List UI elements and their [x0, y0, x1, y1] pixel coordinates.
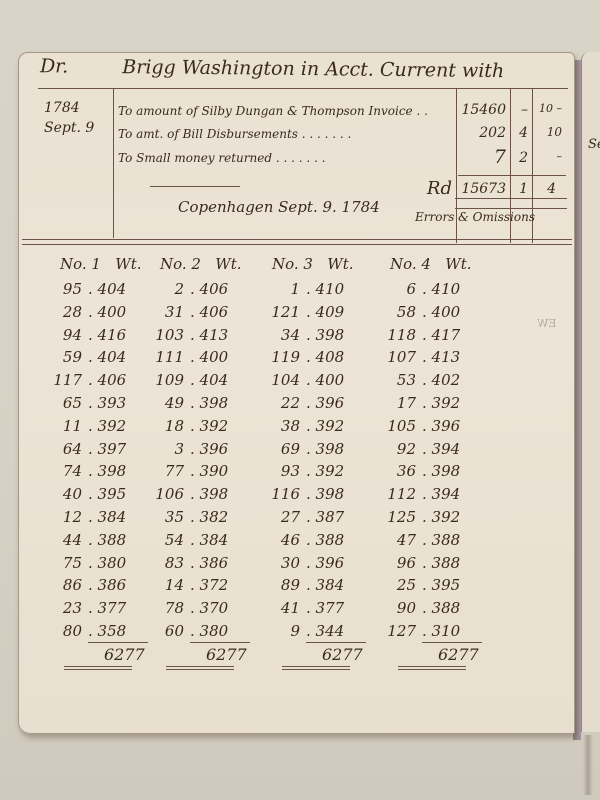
cask-number: 23 [44, 599, 82, 617]
weight-value: 409 [316, 303, 356, 321]
table-row: 116. 398 [262, 485, 356, 503]
cask-number: 118 [378, 326, 416, 344]
column-1-unit: Wt. [115, 255, 141, 273]
cask-number: 75 [44, 554, 82, 572]
column-total: 6277 [206, 645, 247, 664]
weight-value: 386 [200, 554, 240, 572]
table-row: 60. 380 [146, 622, 240, 640]
weight-value: 386 [98, 576, 138, 594]
column-total: 6277 [438, 645, 479, 664]
weight-value: 377 [316, 599, 356, 617]
weight-value: 388 [432, 599, 472, 617]
weight-value: 396 [316, 554, 356, 572]
weight-value: 310 [432, 622, 472, 640]
weight-value: 406 [200, 303, 240, 321]
column-3-header: No. 3 Wt. [272, 255, 354, 273]
table-row: 6. 410 [378, 280, 472, 298]
weight-value: 384 [316, 576, 356, 594]
weight-value: 398 [316, 485, 356, 503]
weight-value: 372 [200, 576, 240, 594]
weight-value: 392 [200, 417, 240, 435]
weight-value: 402 [432, 371, 472, 389]
weight-value: 413 [200, 326, 240, 344]
table-row: 58. 400 [378, 303, 472, 321]
column-4-label: No. 4 [390, 255, 431, 273]
table-row: 111. 400 [146, 348, 240, 366]
rule-section-1 [22, 239, 572, 240]
weight-value: 344 [316, 622, 356, 640]
total-rule-1 [166, 666, 234, 667]
column-2-label: No. 2 [160, 255, 201, 273]
cask-number: 34 [262, 326, 300, 344]
cask-number: 36 [378, 462, 416, 480]
cask-number: 95 [44, 280, 82, 298]
column-4-header: No. 4 Wt. [390, 255, 472, 273]
table-row: 12. 384 [44, 508, 138, 526]
cask-number: 35 [146, 508, 184, 526]
total-rule-2 [64, 669, 132, 670]
rule-top [38, 88, 568, 89]
total-sk: 1 [512, 181, 528, 197]
cask-number: 65 [44, 394, 82, 412]
total-rule-1 [64, 666, 132, 667]
currency-mark: Rd [418, 178, 452, 199]
cask-number: 22 [262, 394, 300, 412]
total-rule-2 [398, 669, 466, 670]
entry-line-1: To amount of Silby Dungan & Thompson Inv… [118, 104, 428, 118]
weight-value: 388 [98, 531, 138, 549]
cask-number: 38 [262, 417, 300, 435]
table-row: 25. 395 [378, 576, 472, 594]
entry-3-st: – [534, 150, 562, 163]
weight-value: 388 [432, 554, 472, 572]
weight-value: 406 [98, 371, 138, 389]
entry-line-3: To Small money returned . . . . . . . [118, 151, 325, 165]
weight-value: 398 [316, 440, 356, 458]
entry-3-sk: 2 [512, 150, 528, 166]
cask-number: 30 [262, 554, 300, 572]
weight-value: 410 [432, 280, 472, 298]
table-row: 28. 400 [44, 303, 138, 321]
table-row: 35. 382 [146, 508, 240, 526]
weight-value: 416 [98, 326, 138, 344]
table-row: 77. 390 [146, 462, 240, 480]
table-row: 38. 392 [262, 417, 356, 435]
account-title: Brigg Washington in Acct. Current with [122, 56, 504, 82]
rule-signature [150, 186, 240, 187]
table-row: 27. 387 [262, 508, 356, 526]
entry-1-rd: 15460 [458, 102, 506, 118]
weight-value: 396 [432, 417, 472, 435]
column-total: 6277 [322, 645, 363, 664]
table-row: 125. 392 [378, 508, 472, 526]
weight-value: 417 [432, 326, 472, 344]
weight-value: 390 [200, 462, 240, 480]
table-row: 90. 388 [378, 599, 472, 617]
cask-number: 44 [44, 531, 82, 549]
table-row: 34. 398 [262, 326, 356, 344]
cask-number: 127 [378, 622, 416, 640]
cask-number: 59 [44, 348, 82, 366]
sum-rule [190, 642, 250, 643]
weight-value: 393 [98, 394, 138, 412]
table-row: 1. 410 [262, 280, 356, 298]
weight-value: 392 [432, 508, 472, 526]
entry-line-2: To amt. of Bill Disbursements . . . . . … [118, 127, 351, 141]
cask-number: 31 [146, 303, 184, 321]
weight-value: 392 [432, 394, 472, 412]
weight-value: 397 [98, 440, 138, 458]
weight-value: 400 [432, 303, 472, 321]
cask-number: 94 [44, 326, 82, 344]
cask-number: 47 [378, 531, 416, 549]
cask-number: 3 [146, 440, 184, 458]
column-1-header: No. 1 Wt. [60, 255, 142, 273]
weight-value: 404 [98, 280, 138, 298]
cask-number: 92 [378, 440, 416, 458]
cask-number: 14 [146, 576, 184, 594]
weight-value: 392 [316, 417, 356, 435]
table-row: 9. 344 [262, 622, 356, 640]
cask-number: 12 [44, 508, 82, 526]
sum-rule [306, 642, 366, 643]
cask-number: 86 [44, 576, 82, 594]
cask-number: 78 [146, 599, 184, 617]
table-row: 46. 388 [262, 531, 356, 549]
entry-1-st: 10 – [534, 102, 562, 115]
cask-number: 93 [262, 462, 300, 480]
table-row: 65. 393 [44, 394, 138, 412]
weight-value: 380 [98, 554, 138, 572]
weight-value: 398 [200, 394, 240, 412]
table-row: 112. 394 [378, 485, 472, 503]
cask-number: 69 [262, 440, 300, 458]
weight-value: 398 [316, 326, 356, 344]
weight-value: 404 [98, 348, 138, 366]
sum-rule [422, 642, 482, 643]
cask-number: 41 [262, 599, 300, 617]
weight-value: 392 [98, 417, 138, 435]
weight-value: 396 [200, 440, 240, 458]
table-row: 69. 398 [262, 440, 356, 458]
weight-value: 398 [432, 462, 472, 480]
table-row: 2. 406 [146, 280, 240, 298]
column-2-unit: Wt. [215, 255, 241, 273]
rule-section-2 [22, 244, 572, 245]
table-row: 54. 384 [146, 531, 240, 549]
cask-number: 106 [146, 485, 184, 503]
cask-number: 107 [378, 348, 416, 366]
table-row: 11. 392 [44, 417, 138, 435]
entry-date: Sept. 9 [44, 120, 94, 136]
cask-number: 9 [262, 622, 300, 640]
column-1-label: No. 1 [60, 255, 101, 273]
weight-value: 384 [200, 531, 240, 549]
entry-2-sk: 4 [512, 125, 528, 141]
table-row: 118. 417 [378, 326, 472, 344]
rule-total-1 [455, 198, 567, 199]
cask-number: 77 [146, 462, 184, 480]
entry-2-st: 10 [534, 125, 562, 139]
weight-value: 384 [98, 508, 138, 526]
cask-number: 105 [378, 417, 416, 435]
total-rule-2 [282, 669, 350, 670]
cask-number: 46 [262, 531, 300, 549]
weight-value: 380 [200, 622, 240, 640]
table-row: 119. 408 [262, 348, 356, 366]
table-row: 18. 392 [146, 417, 240, 435]
weight-value: 398 [98, 462, 138, 480]
weight-value: 413 [432, 348, 472, 366]
weight-value: 382 [200, 508, 240, 526]
entry-year: 1784 [44, 100, 80, 116]
cask-number: 112 [378, 485, 416, 503]
table-row: 89. 384 [262, 576, 356, 594]
cask-number: 109 [146, 371, 184, 389]
table-row: 106. 398 [146, 485, 240, 503]
cask-number: 60 [146, 622, 184, 640]
cask-number: 121 [262, 303, 300, 321]
weight-value: 388 [432, 531, 472, 549]
weight-value: 410 [316, 280, 356, 298]
cask-number: 18 [146, 417, 184, 435]
entry-2-rd: 202 [458, 125, 506, 141]
cask-number: 17 [378, 394, 416, 412]
table-row: 30. 396 [262, 554, 356, 572]
weight-value: 394 [432, 485, 472, 503]
cask-number: 11 [44, 417, 82, 435]
weight-value: 392 [316, 462, 356, 480]
entry-1-sk: – [512, 102, 528, 118]
cask-number: 6 [378, 280, 416, 298]
rule-date-column [113, 88, 114, 238]
weight-value: 370 [200, 599, 240, 617]
cask-number: 83 [146, 554, 184, 572]
cask-number: 103 [146, 326, 184, 344]
table-row: 75. 380 [44, 554, 138, 572]
entry-3-rd: 7 [458, 146, 506, 168]
rule-subtotal [458, 175, 566, 176]
cask-number: 119 [262, 348, 300, 366]
weight-value: 394 [432, 440, 472, 458]
cask-number: 1 [262, 280, 300, 298]
weight-value: 388 [316, 531, 356, 549]
table-row: 107. 413 [378, 348, 472, 366]
table-row: 23. 377 [44, 599, 138, 617]
table-row: 49. 398 [146, 394, 240, 412]
place-date: Copenhagen Sept. 9. 1784 [178, 198, 380, 216]
next-page-fragment: Sep [588, 137, 600, 152]
cask-number: 74 [44, 462, 82, 480]
cask-number: 125 [378, 508, 416, 526]
total-rule-1 [282, 666, 350, 667]
weight-value: 400 [200, 348, 240, 366]
weight-value: 358 [98, 622, 138, 640]
table-row: 59. 404 [44, 348, 138, 366]
weight-value: 408 [316, 348, 356, 366]
weight-value: 396 [316, 394, 356, 412]
column-4-unit: Wt. [445, 255, 471, 273]
table-row: 36. 398 [378, 462, 472, 480]
table-row: 41. 377 [262, 599, 356, 617]
table-row: 17. 392 [378, 394, 472, 412]
debit-mark: Dr. [40, 55, 69, 77]
weight-value: 404 [200, 371, 240, 389]
table-row: 14. 372 [146, 576, 240, 594]
binding-thread [583, 735, 593, 795]
column-3-label: No. 3 [272, 255, 313, 273]
column-2-header: No. 2 Wt. [160, 255, 242, 273]
cask-number: 116 [262, 485, 300, 503]
table-row: 127. 310 [378, 622, 472, 640]
weight-value: 377 [98, 599, 138, 617]
cask-number: 117 [44, 371, 82, 389]
cask-number: 58 [378, 303, 416, 321]
weight-value: 400 [98, 303, 138, 321]
table-row: 80. 358 [44, 622, 138, 640]
cask-number: 53 [378, 371, 416, 389]
cask-number: 90 [378, 599, 416, 617]
cask-number: 64 [44, 440, 82, 458]
faint-watermark: EW [537, 317, 556, 330]
table-row: 92. 394 [378, 440, 472, 458]
table-row: 31. 406 [146, 303, 240, 321]
total-st: 4 [534, 181, 556, 197]
cask-number: 27 [262, 508, 300, 526]
weight-value: 387 [316, 508, 356, 526]
weight-value: 398 [200, 485, 240, 503]
table-row: 117. 406 [44, 371, 138, 389]
table-row: 96. 388 [378, 554, 472, 572]
table-row: 74. 398 [44, 462, 138, 480]
total-rule-1 [398, 666, 466, 667]
cask-number: 111 [146, 348, 184, 366]
weight-value: 395 [98, 485, 138, 503]
table-row: 93. 392 [262, 462, 356, 480]
cask-number: 25 [378, 576, 416, 594]
weight-value: 395 [432, 576, 472, 594]
table-row: 95. 404 [44, 280, 138, 298]
cask-number: 80 [44, 622, 82, 640]
column-total: 6277 [104, 645, 145, 664]
table-row: 3. 396 [146, 440, 240, 458]
next-page-edge: Sep [581, 52, 600, 732]
weight-value: 406 [200, 280, 240, 298]
cask-number: 28 [44, 303, 82, 321]
cask-number: 104 [262, 371, 300, 389]
column-3-unit: Wt. [327, 255, 353, 273]
total-rd: 15673 [458, 181, 506, 197]
table-row: 53. 402 [378, 371, 472, 389]
cask-number: 49 [146, 394, 184, 412]
weight-value: 400 [316, 371, 356, 389]
cask-number: 54 [146, 531, 184, 549]
table-row: 86. 386 [44, 576, 138, 594]
table-row: 47. 388 [378, 531, 472, 549]
errors-omissions-note: Errors & Omissions [415, 210, 535, 224]
table-row: 103. 413 [146, 326, 240, 344]
table-row: 109. 404 [146, 371, 240, 389]
cask-number: 96 [378, 554, 416, 572]
table-row: 94. 416 [44, 326, 138, 344]
table-row: 22. 396 [262, 394, 356, 412]
cask-number: 89 [262, 576, 300, 594]
table-row: 105. 396 [378, 417, 472, 435]
table-row: 121. 409 [262, 303, 356, 321]
table-row: 104. 400 [262, 371, 356, 389]
table-row: 44. 388 [44, 531, 138, 549]
total-rule-2 [166, 669, 234, 670]
table-row: 64. 397 [44, 440, 138, 458]
table-row: 83. 386 [146, 554, 240, 572]
table-row: 40. 395 [44, 485, 138, 503]
cask-number: 2 [146, 280, 184, 298]
sum-rule [88, 642, 148, 643]
table-row: 78. 370 [146, 599, 240, 617]
cask-number: 40 [44, 485, 82, 503]
rule-total-2 [455, 208, 567, 209]
